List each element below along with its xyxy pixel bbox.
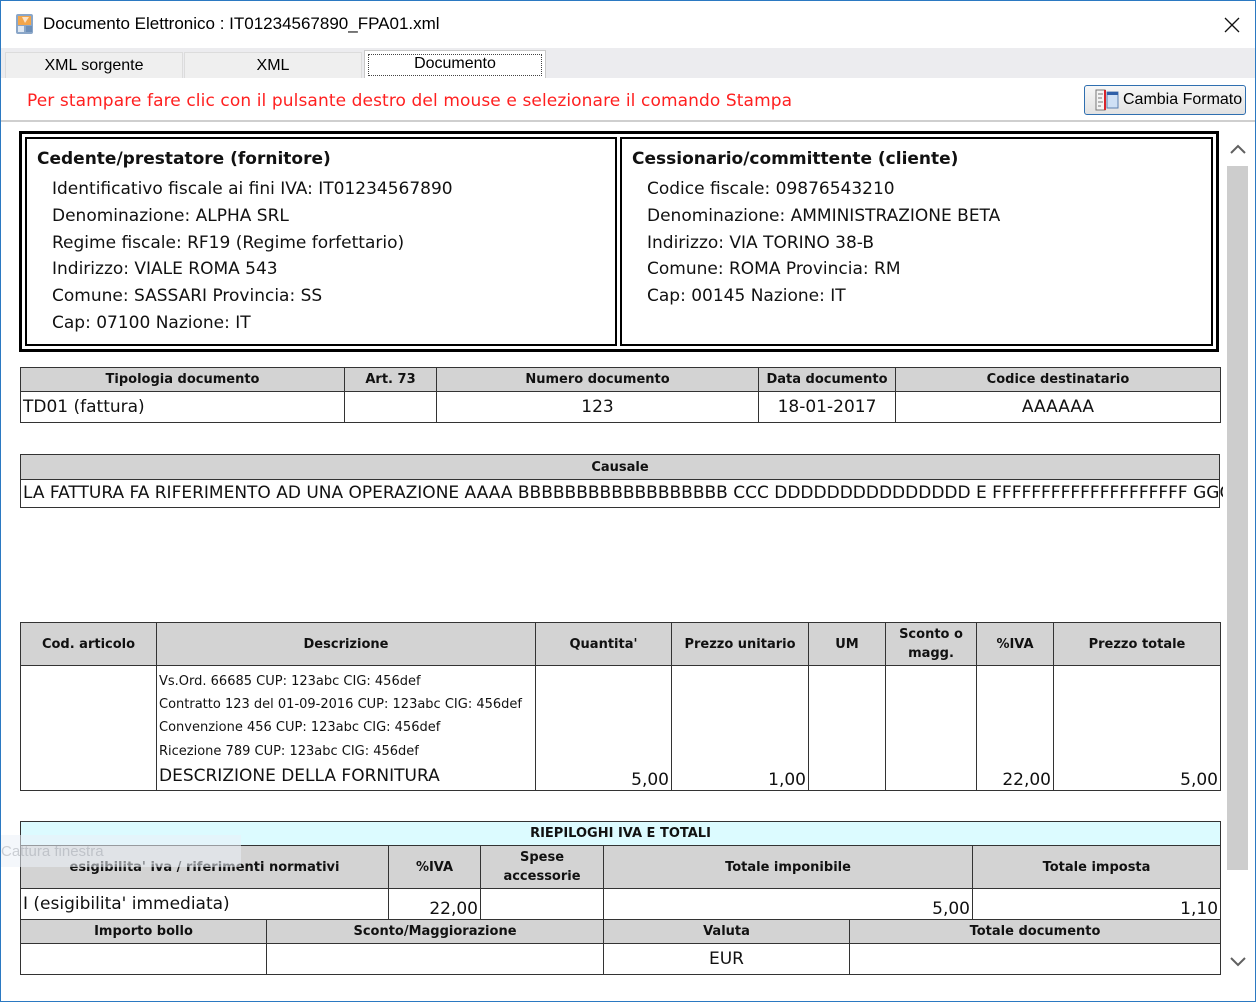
prezzo-unitario-value: 1,00 — [672, 666, 809, 791]
header-tipologia: Tipologia documento — [21, 368, 345, 392]
iva-value: 22,00 — [977, 666, 1054, 791]
header-prezzo-totale: Prezzo totale — [1054, 623, 1221, 666]
header-valuta: Valuta — [604, 920, 850, 944]
prezzo-totale-value: 5,00 — [1054, 666, 1221, 791]
tab-xml[interactable]: XML — [184, 52, 362, 78]
customer-line: Comune: ROMA Provincia: RM — [632, 256, 1201, 283]
scrollbar-thumb[interactable] — [1227, 166, 1248, 870]
header-iva: %IVA — [977, 623, 1054, 666]
tab-strip: XML sorgente XML Documento — [1, 48, 1255, 78]
info-bar: Per stampare fare clic con il pulsante d… — [1, 78, 1255, 122]
reference-line: Convenzione 456 CUP: 123abc CIG: 456def — [159, 716, 533, 739]
header-totale-documento: Totale documento — [850, 920, 1221, 944]
header-sconto-maggiorazione: Sconto/Maggiorazione — [267, 920, 604, 944]
imposta-value: 1,10 — [973, 889, 1221, 920]
codice-destinatario-value: AAAAAA — [896, 392, 1221, 423]
header-prezzo-unitario: Prezzo unitario — [672, 623, 809, 666]
tab-label: XML — [257, 57, 290, 75]
reference-line: Vs.Ord. 66685 CUP: 123abc CIG: 456def — [159, 670, 533, 693]
document-viewer-window: Documento Elettronico : IT01234567890_FP… — [0, 0, 1256, 1002]
close-button[interactable] — [1209, 1, 1255, 48]
chevron-up-icon — [1230, 144, 1246, 154]
header-riep-iva: %IVA — [389, 846, 481, 889]
cod-articolo-value — [21, 666, 157, 791]
art73-value — [345, 392, 437, 423]
supplier-box: Cedente/prestatore (fornitore) Identific… — [25, 137, 617, 346]
table-row: TD01 (fattura) 123 18-01-2017 AAAAAA — [21, 392, 1221, 423]
header-imponibile: Totale imponibile — [604, 846, 973, 889]
importo-bollo-value — [21, 944, 267, 975]
riep-iva-value: 22,00 — [389, 889, 481, 920]
print-hint: Per stampare fare clic con il pulsante d… — [27, 91, 792, 111]
header-importo-bollo: Importo bollo — [21, 920, 267, 944]
esigibilita-value: I (esigibilita' immediata) — [21, 889, 389, 920]
totale-documento-value — [850, 944, 1221, 975]
table-row: I (esigibilita' immediata) 22,00 5,00 1,… — [21, 889, 1221, 920]
sconto-maggiorazione-value — [267, 944, 604, 975]
customer-title: Cessionario/committente (cliente) — [632, 149, 1201, 169]
reference-line: Contratto 123 del 01-09-2016 CUP: 123abc… — [159, 693, 533, 716]
scroll-down-button[interactable] — [1223, 947, 1253, 977]
riepilogo-title: RIEPILOGHI IVA E TOTALI — [21, 822, 1221, 846]
customer-box: Cessionario/committente (cliente) Codice… — [620, 137, 1213, 346]
tab-label: Documento — [414, 55, 496, 73]
data-value: 18-01-2017 — [759, 392, 896, 423]
causale-text: LA FATTURA FA RIFERIMENTO AD UNA OPERAZI… — [21, 480, 1220, 508]
document-view[interactable]: Cedente/prestatore (fornitore) Identific… — [1, 124, 1223, 998]
quantita-value: 5,00 — [536, 666, 672, 791]
vertical-scrollbar[interactable] — [1223, 124, 1253, 998]
supplier-line: Cap: 07100 Nazione: IT — [37, 310, 605, 337]
descrizione-cell: Vs.Ord. 66685 CUP: 123abc CIG: 456def Co… — [157, 666, 536, 791]
valuta-value: EUR — [604, 944, 850, 975]
numero-value: 123 — [437, 392, 759, 423]
header-data: Data documento — [759, 368, 896, 392]
document-info-table: Tipologia documento Art. 73 Numero docum… — [20, 367, 1221, 423]
header-spese: Spese accessorie — [481, 846, 604, 889]
causale-header: Causale — [21, 455, 1220, 480]
supplier-line: Regime fiscale: RF19 (Regime forfettario… — [37, 230, 605, 257]
header-cod-articolo: Cod. articolo — [21, 623, 157, 666]
header-numero: Numero documento — [437, 368, 759, 392]
reference-line: Ricezione 789 CUP: 123abc CIG: 456def — [159, 740, 533, 763]
change-format-button[interactable]: Cambia Formato — [1084, 85, 1246, 115]
line-items-table: Cod. articolo Descrizione Quantita' Prez… — [20, 622, 1221, 791]
header-art73: Art. 73 — [345, 368, 437, 392]
parties-section: Cedente/prestatore (fornitore) Identific… — [19, 131, 1219, 352]
header-esigibilita: esigibilita' iva / riferimenti normativi — [21, 846, 389, 889]
table-row: EUR — [21, 944, 1221, 975]
causale-table: Causale LA FATTURA FA RIFERIMENTO AD UNA… — [20, 454, 1220, 508]
document-app-icon — [15, 13, 35, 35]
customer-line: Indirizzo: VIA TORINO 38-B — [632, 230, 1201, 257]
supplier-title: Cedente/prestatore (fornitore) — [37, 149, 605, 169]
supplier-line: Denominazione: ALPHA SRL — [37, 203, 605, 230]
supplier-line: Comune: SASSARI Provincia: SS — [37, 283, 605, 310]
tipologia-value: TD01 (fattura) — [21, 392, 345, 423]
um-value — [809, 666, 886, 791]
vat-summary-table: RIEPILOGHI IVA E TOTALI esigibilita' iva… — [20, 821, 1221, 975]
customer-line: Codice fiscale: 09876543210 — [632, 176, 1201, 203]
spese-value — [481, 889, 604, 920]
tab-xml-sorgente[interactable]: XML sorgente — [5, 52, 183, 78]
supplier-line: Indirizzo: VIALE ROMA 543 — [37, 256, 605, 283]
sconto-value — [886, 666, 977, 791]
scroll-up-button[interactable] — [1223, 134, 1253, 164]
layout-format-icon — [1095, 89, 1119, 111]
tab-label: XML sorgente — [44, 57, 143, 75]
title-bar: Documento Elettronico : IT01234567890_FP… — [1, 1, 1255, 48]
header-descrizione: Descrizione — [157, 623, 536, 666]
supplier-line: Identificativo fiscale ai fini IVA: IT01… — [37, 176, 605, 203]
change-format-label: Cambia Formato — [1123, 91, 1242, 109]
header-quantita: Quantita' — [536, 623, 672, 666]
customer-line: Cap: 00145 Nazione: IT — [632, 283, 1201, 310]
descrizione-value: DESCRIZIONE DELLA FORNITURA — [159, 763, 533, 789]
header-codice-destinatario: Codice destinatario — [896, 368, 1221, 392]
window-title: Documento Elettronico : IT01234567890_FP… — [43, 14, 440, 34]
header-um: UM — [809, 623, 886, 666]
tab-documento[interactable]: Documento — [364, 50, 546, 79]
table-row: Vs.Ord. 66685 CUP: 123abc CIG: 456def Co… — [21, 666, 1221, 791]
imponibile-value: 5,00 — [604, 889, 973, 920]
header-imposta: Totale imposta — [973, 846, 1221, 889]
chevron-down-icon — [1230, 957, 1246, 967]
header-sconto: Sconto o magg. — [886, 623, 977, 666]
close-icon — [1224, 17, 1240, 33]
customer-line: Denominazione: AMMINISTRAZIONE BETA — [632, 203, 1201, 230]
